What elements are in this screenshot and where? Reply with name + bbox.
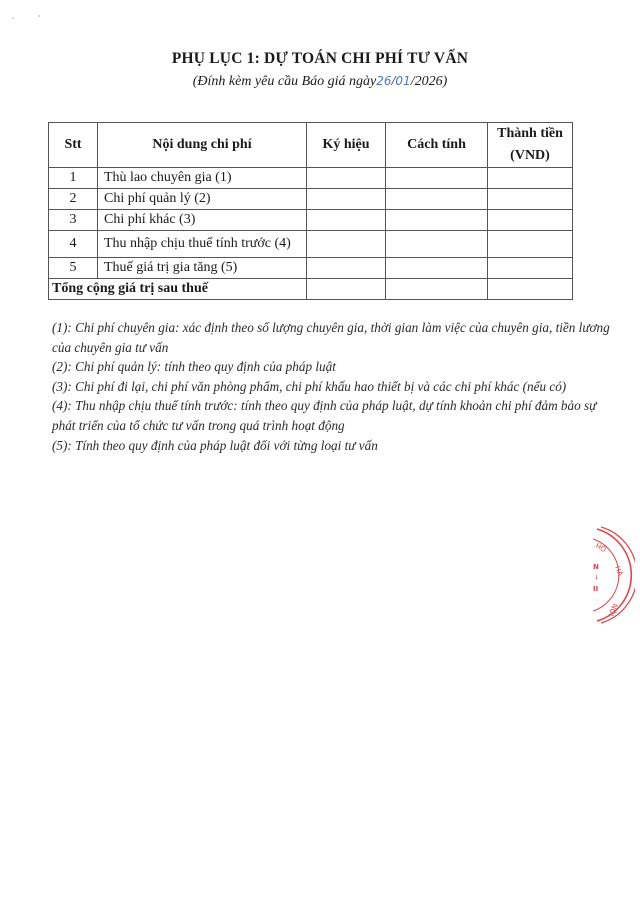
subtitle-prefix: (Đính kèm yêu cầu Báo giá ngày bbox=[193, 74, 377, 89]
header-method: Cách tính bbox=[386, 123, 488, 168]
cell-amount bbox=[488, 189, 573, 210]
svg-text:N: N bbox=[593, 563, 599, 571]
handwritten-day: 26 bbox=[376, 74, 391, 88]
header-content: Nội dung chi phí bbox=[98, 123, 307, 168]
cell-amount bbox=[488, 210, 573, 231]
cell-content: Thuế giá trị gia tăng (5) bbox=[98, 258, 307, 279]
svg-text:II: II bbox=[593, 585, 598, 593]
header-amount-line1: Thành tiền bbox=[497, 126, 563, 141]
cell-amount bbox=[488, 231, 573, 258]
total-label: Tổng cộng giá trị sau thuế bbox=[49, 279, 307, 300]
cell-content: Thù lao chuyên gia (1) bbox=[98, 168, 307, 189]
footnote-5: (5): Tính theo quy định của pháp luật đố… bbox=[52, 436, 622, 456]
cell-stt: 4 bbox=[49, 231, 98, 258]
cell-stt: 1 bbox=[49, 168, 98, 189]
cell-method bbox=[386, 189, 488, 210]
table-row: 5 Thuế giá trị gia tăng (5) bbox=[49, 258, 573, 279]
table-row: 1 Thù lao chuyên gia (1) bbox=[49, 168, 573, 189]
footnotes: (1): Chi phí chuyên gia: xác định theo s… bbox=[52, 318, 622, 455]
cell-amount bbox=[488, 258, 573, 279]
header-amount-line2: (VND) bbox=[510, 148, 550, 163]
cell-content: Thu nhập chịu thuế tính trước (4) bbox=[98, 231, 307, 258]
cell-symbol bbox=[307, 210, 386, 231]
svg-text:HỒ: HỒ bbox=[594, 540, 609, 554]
table-row: 3 Chi phí khác (3) bbox=[49, 210, 573, 231]
header-stt: Stt bbox=[49, 123, 98, 168]
table-row: 2 Chi phí quản lý (2) bbox=[49, 189, 573, 210]
header-amount: Thành tiền(VND) bbox=[488, 123, 573, 168]
table-header-row: Stt Nội dung chi phí Ký hiệu Cách tính T… bbox=[49, 123, 573, 168]
cell-method bbox=[386, 258, 488, 279]
footnote-4: (4): Thu nhập chịu thuế tính trước: tính… bbox=[52, 396, 622, 435]
footnote-1: (1): Chi phí chuyên gia: xác định theo s… bbox=[52, 318, 622, 357]
page-title: PHỤ LỤC 1: DỰ TOÁN CHI PHÍ TƯ VẤN bbox=[0, 50, 640, 68]
cell-stt: 3 bbox=[49, 210, 98, 231]
cell-symbol bbox=[307, 231, 386, 258]
svg-text:HÀ: HÀ bbox=[613, 565, 625, 578]
scan-speck bbox=[38, 15, 40, 17]
cell-stt: 2 bbox=[49, 189, 98, 210]
footnote-2: (2): Chi phí quản lý: tính theo quy định… bbox=[52, 357, 622, 377]
cell-symbol bbox=[307, 189, 386, 210]
total-amount bbox=[488, 279, 573, 300]
svg-text:↓: ↓ bbox=[594, 574, 599, 581]
total-method bbox=[386, 279, 488, 300]
page-subtitle: (Đính kèm yêu cầu Báo giá ngày26/01/2026… bbox=[0, 74, 640, 90]
cost-estimate-table: Stt Nội dung chi phí Ký hiệu Cách tính T… bbox=[48, 122, 573, 300]
cell-method bbox=[386, 168, 488, 189]
cell-stt: 5 bbox=[49, 258, 98, 279]
header-symbol: Ký hiệu bbox=[307, 123, 386, 168]
table-total-row: Tổng cộng giá trị sau thuế bbox=[49, 279, 573, 300]
cell-content: Chi phí quản lý (2) bbox=[98, 189, 307, 210]
official-stamp-icon: HỒ HÀ NỘI N ↓ II bbox=[585, 525, 635, 625]
cell-symbol bbox=[307, 258, 386, 279]
cell-method bbox=[386, 210, 488, 231]
cell-method bbox=[386, 231, 488, 258]
handwritten-month: 01 bbox=[395, 74, 410, 88]
cell-content: Chi phí khác (3) bbox=[98, 210, 307, 231]
footnote-3: (3): Chi phí đi lại, chi phí văn phòng p… bbox=[52, 377, 622, 397]
scan-speck bbox=[12, 17, 14, 19]
table-row: 4 Thu nhập chịu thuế tính trước (4) bbox=[49, 231, 573, 258]
cell-symbol bbox=[307, 168, 386, 189]
cell-amount bbox=[488, 168, 573, 189]
subtitle-suffix: /2026) bbox=[411, 74, 448, 89]
total-symbol bbox=[307, 279, 386, 300]
